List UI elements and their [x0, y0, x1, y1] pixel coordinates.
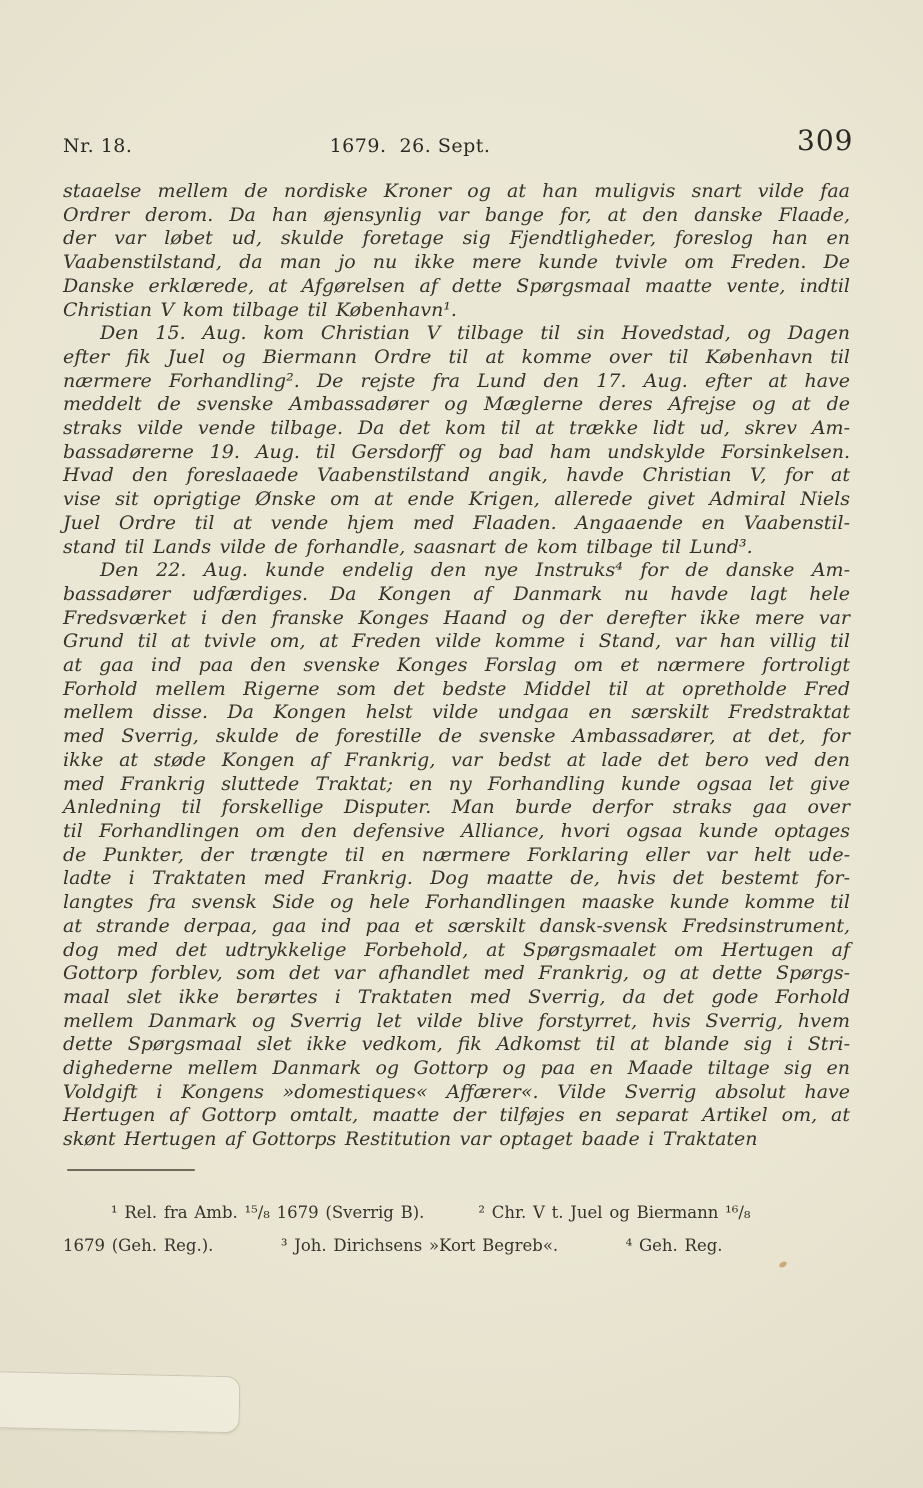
text-line: stand til Lands vilde de forhandle, saas… — [63, 536, 850, 560]
text-line: ladte i Traktaten med Frankrig. Dog maat… — [63, 867, 850, 891]
text-line: Grund til at tvivle om, at Freden vilde … — [63, 630, 850, 654]
text-line: bassadører udfærdiges. Da Kongen af Danm… — [63, 583, 850, 607]
text-line: meddelt de svenske Ambassadører og Mægle… — [63, 393, 850, 417]
header-date: 1679. 26. Sept. — [330, 135, 491, 157]
text-line: Hvad den foreslaaede Vaabenstilstand ang… — [63, 464, 850, 488]
text-line: Den 15. Aug. kom Christian V tilbage til… — [63, 322, 850, 346]
text-line: skønt Hertugen af Gottorps Restitution v… — [63, 1128, 850, 1152]
text-line: med Frankrig sluttede Traktat; en ny For… — [63, 773, 850, 797]
text-line: maal slet ikke berørtes i Traktaten med … — [63, 986, 850, 1010]
text-line: Ordrer derom. Da han øjensynlig var bang… — [63, 204, 850, 228]
text-line: at strande derpaa, gaa ind paa et særski… — [63, 915, 850, 939]
footnote-line: ¹ Rel. fra Amb. ¹⁵/₈ 1679 (Sverrig B). ²… — [63, 1196, 855, 1229]
text-line: med Sverrig, skulde de forestille de sve… — [63, 725, 850, 749]
text-line: straks vilde vende tilbage. Da det kom t… — [63, 417, 850, 441]
text-line: langtes fra svensk Side og hele Forhandl… — [63, 891, 850, 915]
footnote-separator-rule — [67, 1169, 195, 1171]
text-line: Vaabenstilstand, da man jo nu ikke mere … — [63, 251, 850, 275]
text-line: Christian V kom tilbage til København¹. — [63, 299, 850, 323]
text-line: staaelse mellem de nordiske Kroner og at… — [63, 180, 850, 204]
footnotes: ¹ Rel. fra Amb. ¹⁵/₈ 1679 (Sverrig B). ²… — [63, 1196, 855, 1262]
text-line: der var løbet ud, skulde foretage sig Fj… — [63, 227, 850, 251]
book-page: Nr. 18. 1679. 26. Sept. 309 staaelse mel… — [0, 0, 923, 1488]
text-line: dette Spørgsmaal slet ikke vedkom, fik A… — [63, 1033, 850, 1057]
text-line: Den 22. Aug. kunde endelig den nye Instr… — [63, 559, 850, 583]
text-line: bassadørerne 19. Aug. til Gersdorff og b… — [63, 441, 850, 465]
paragraph: Den 22. Aug. kunde endelig den nye Instr… — [63, 559, 850, 1152]
text-line: Voldgift i Kongens »domestiques« Affærer… — [63, 1081, 850, 1105]
paragraph: Den 15. Aug. kom Christian V tilbage til… — [63, 322, 850, 559]
body-text: staaelse mellem de nordiske Kroner og at… — [63, 180, 850, 1152]
text-line: Fredsværket i den franske Konges Haand o… — [63, 607, 850, 631]
paper-slip-artifact — [0, 1371, 241, 1433]
text-line: mellem disse. Da Kongen helst vilde undg… — [63, 701, 850, 725]
text-line: Anledning til forskellige Disputer. Man … — [63, 796, 850, 820]
text-line: Gottorp forblev, som det var afhandlet m… — [63, 962, 850, 986]
text-line: dog med det udtrykkelige Forbehold, at S… — [63, 939, 850, 963]
text-line: dighederne mellem Danmark og Gottorp og … — [63, 1057, 850, 1081]
text-line: Juel Ordre til at vende hjem med Flaaden… — [63, 512, 850, 536]
text-line: Hertugen af Gottorp omtalt, maatte der t… — [63, 1104, 850, 1128]
text-line: Forhold mellem Rigerne som det bedste Mi… — [63, 678, 850, 702]
page-number: 309 — [797, 124, 853, 157]
text-line: vise sit oprigtige Ønske om at ende Krig… — [63, 488, 850, 512]
text-line: til Forhandlingen om den defensive Allia… — [63, 820, 850, 844]
paragraph: staaelse mellem de nordiske Kroner og at… — [63, 180, 850, 322]
text-line: efter fik Juel og Biermann Ordre til at … — [63, 346, 850, 370]
text-line: mellem Danmark og Sverrig let vilde bliv… — [63, 1010, 850, 1034]
header-issue-number: Nr. 18. — [63, 135, 132, 157]
text-line: at gaa ind paa den svenske Konges Forsla… — [63, 654, 850, 678]
text-line: de Punkter, der trængte til en nærmere F… — [63, 844, 850, 868]
text-line: ikke at støde Kongen af Frankrig, var be… — [63, 749, 850, 773]
text-line: Danske erklærede, at Afgørelsen af dette… — [63, 275, 850, 299]
footnote-line: 1679 (Geh. Reg.). ³ Joh. Dirichsens »Kor… — [63, 1229, 855, 1262]
text-line: nærmere Forhandling². De rejste fra Lund… — [63, 370, 850, 394]
